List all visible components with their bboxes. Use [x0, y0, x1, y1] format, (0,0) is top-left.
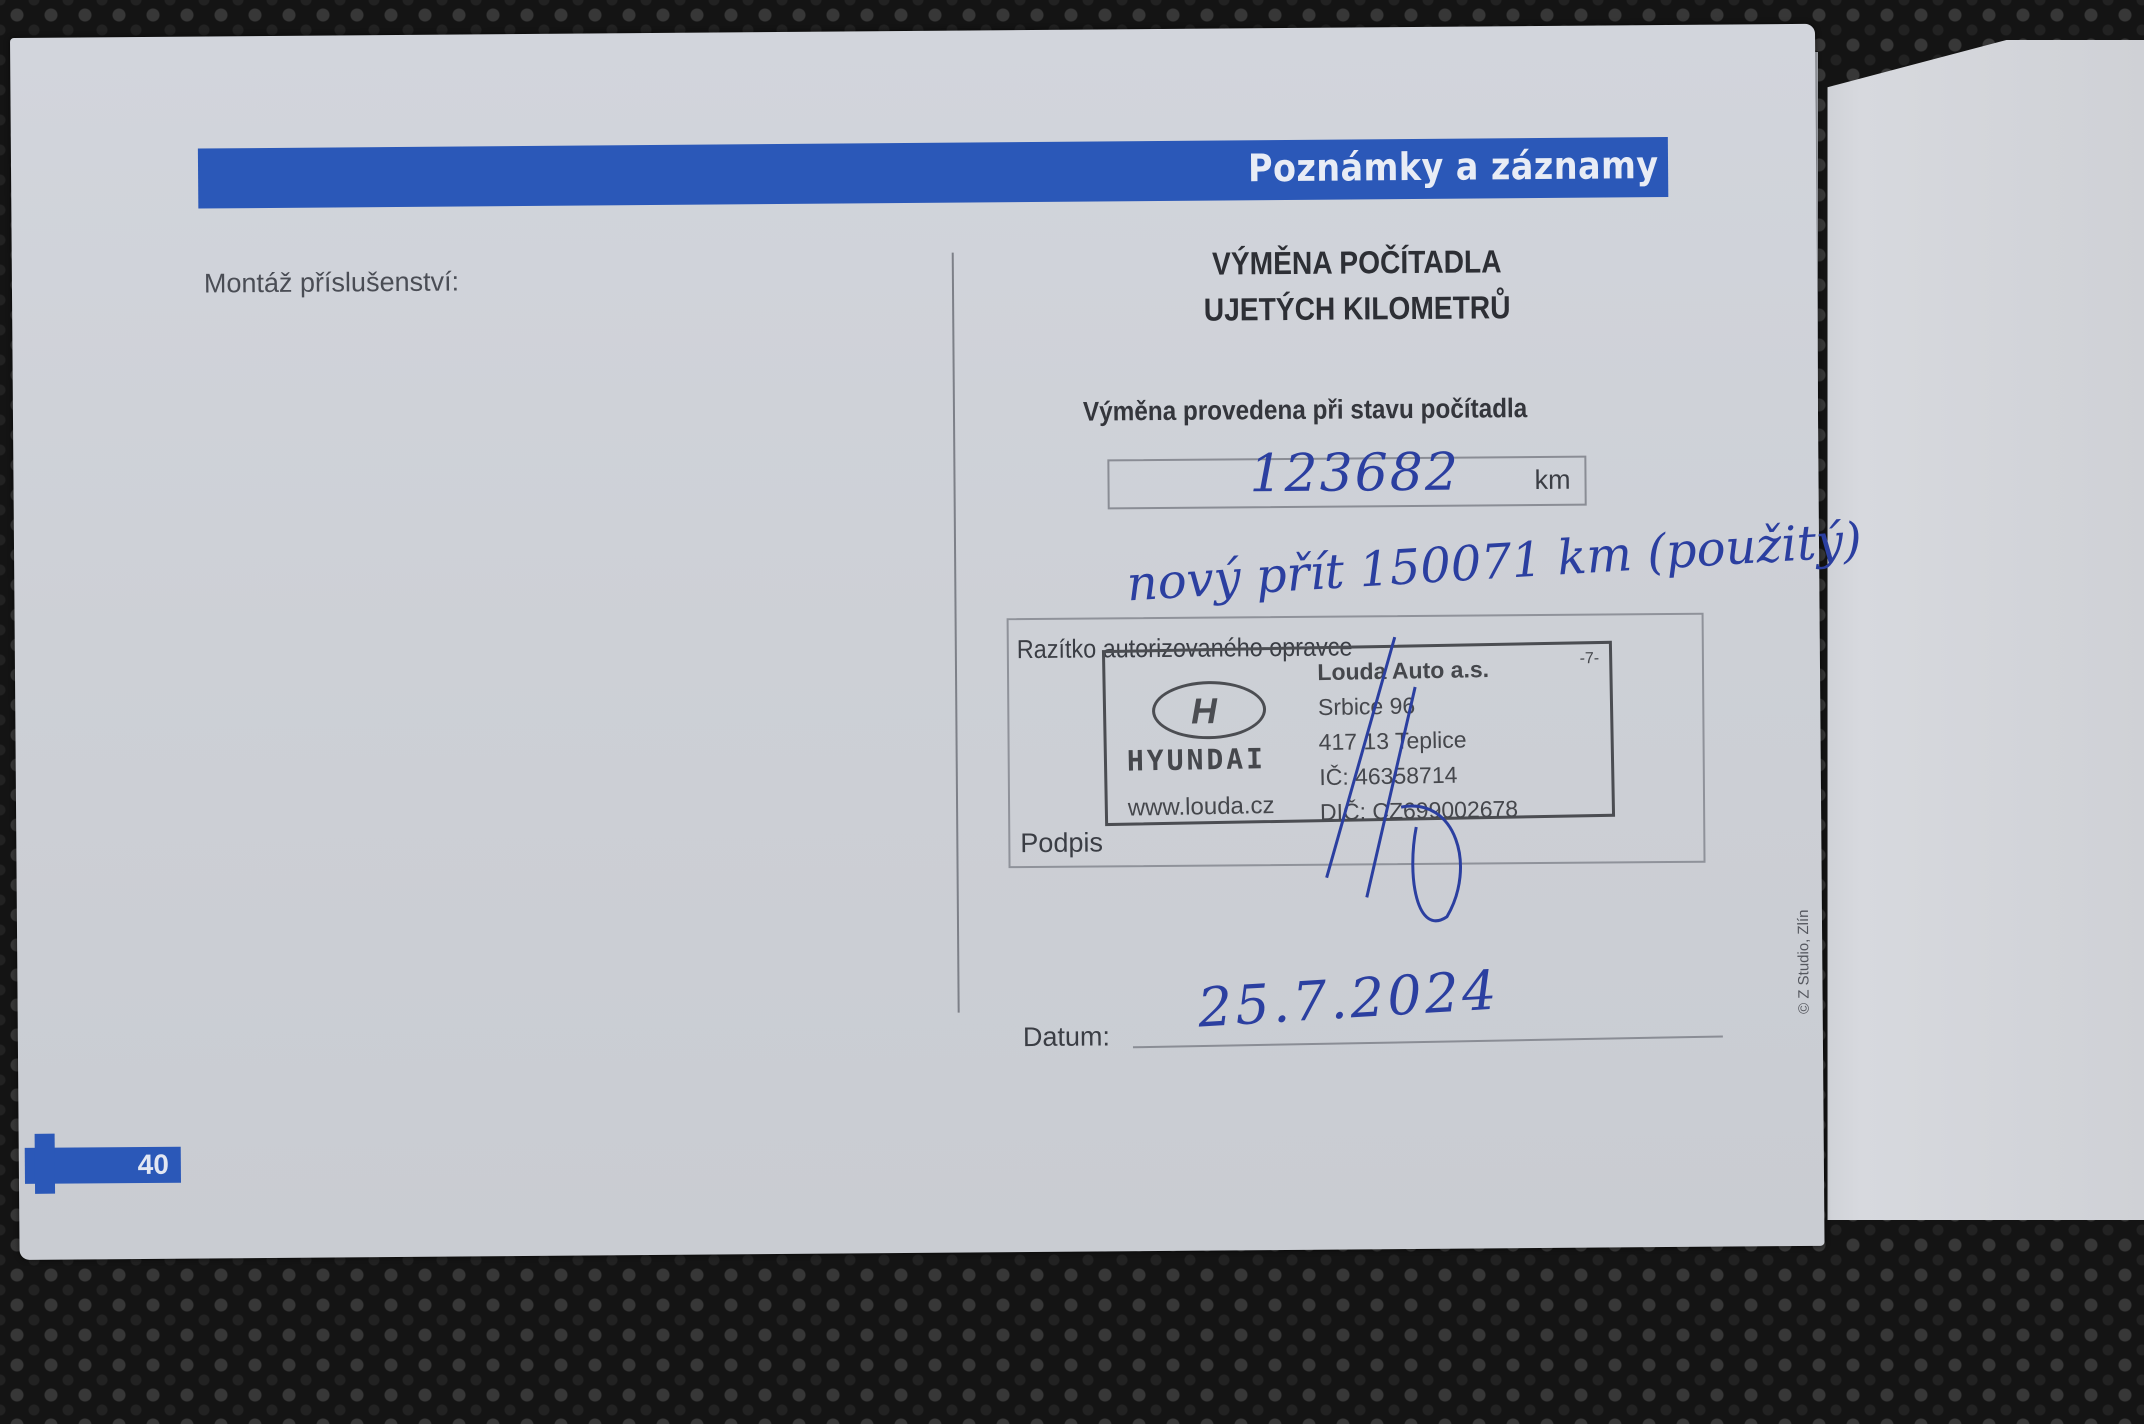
odometer-label: Výměna provedena při stavu počítadla	[1083, 393, 1528, 427]
signature-label: Podpis	[1020, 827, 1103, 859]
stamp-number: -7-	[1579, 650, 1599, 668]
odometer-value: 123682	[1249, 443, 1460, 505]
copyright: © Z Studio, Zlín	[1795, 909, 1813, 1014]
page-number: 40	[138, 1149, 169, 1181]
handwritten-note: nový přít 150071 km (použitý)	[1125, 512, 1863, 612]
booklet-page: Poznámky a záznamy Montáž příslušenství:…	[10, 24, 1825, 1260]
hyundai-logo-icon: H	[1152, 680, 1267, 740]
odometer-field[interactable]: 123682 km	[1107, 456, 1586, 510]
date-label: Datum:	[1023, 1021, 1110, 1053]
accessories-label: Montáž příslušenství:	[204, 266, 459, 299]
column-divider	[952, 253, 960, 1013]
header-bar: Poznámky a záznamy	[198, 137, 1668, 209]
page-title: Poznámky a záznamy	[1247, 143, 1658, 190]
signature-icon	[1305, 626, 1487, 927]
next-page	[1800, 40, 2144, 1220]
stamp-brand: HYUNDAI	[1127, 742, 1267, 778]
stamp-website: www.louda.cz	[1128, 792, 1275, 823]
odometer-unit: km	[1534, 465, 1570, 496]
page-number-tab: 40	[25, 1147, 181, 1184]
date-value: 25.7.2024	[1196, 958, 1501, 1039]
section-title: VÝMĚNA POČÍTADLA UJETÝCH KILOMETRŮ	[1141, 238, 1573, 333]
